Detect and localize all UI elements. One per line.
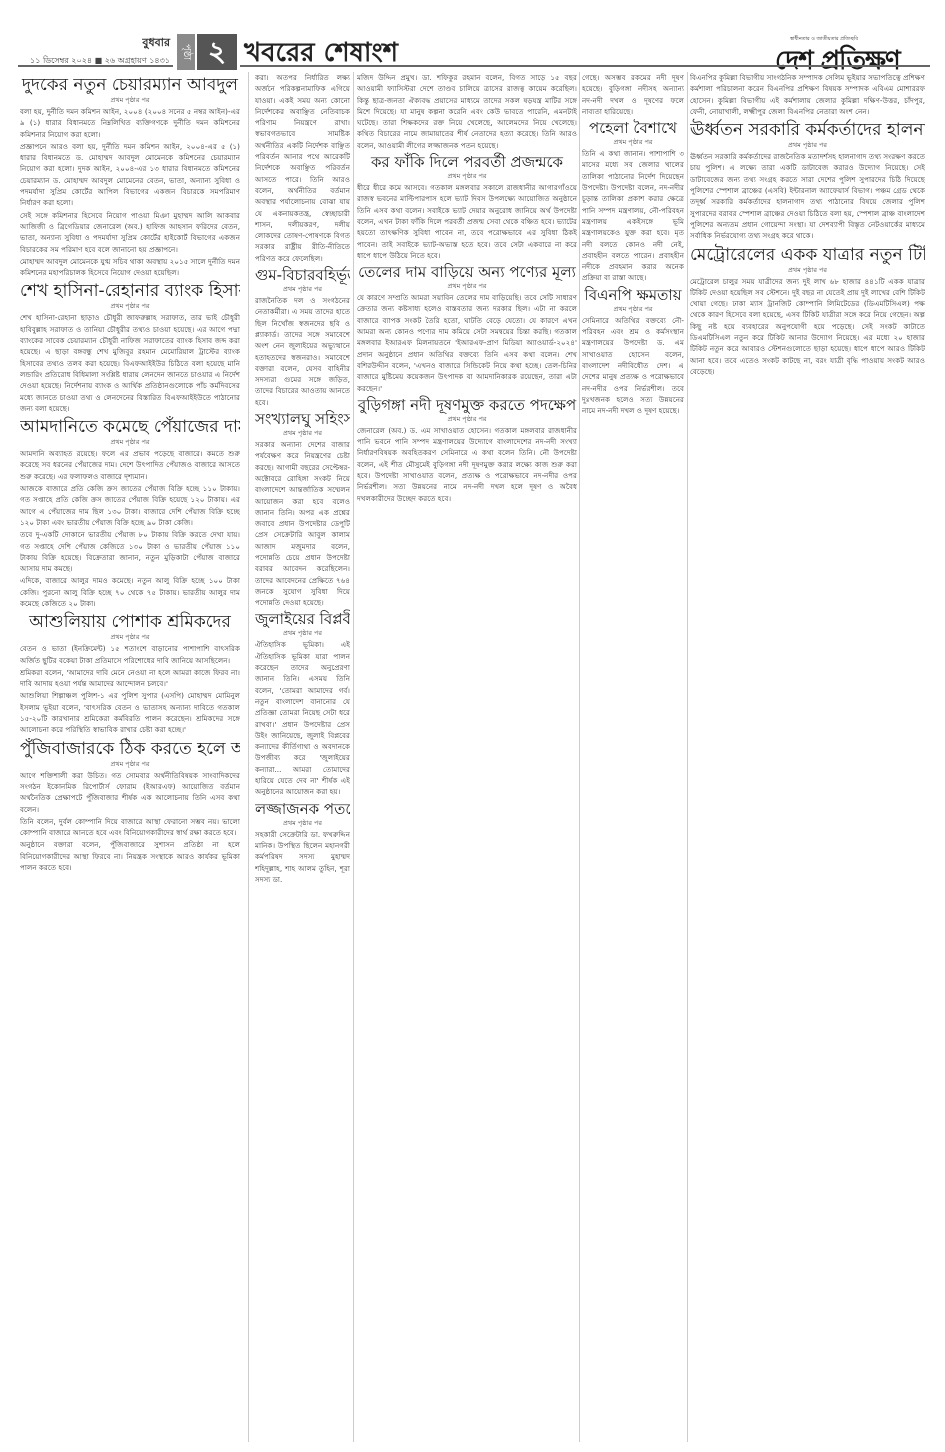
continued-label: প্রথম পৃষ্ঠার পর [690, 266, 925, 275]
story-paragraph: তিনি এ কথা জানান। পাশাপাশি ৩ মাসের মধ্যে… [582, 148, 684, 284]
story-onion-price: আমদানিতে কমেছে পেঁয়াজের দাম, নতুন প্রথম… [20, 416, 240, 609]
story-paragraph: তবে দু-একটি দোকানে ভারতীয় পেঁয়াজ ৮০ টা… [20, 529, 240, 574]
story-paragraph: এদিকে, বাজারে আলুর দামও কমেছে। নতুন আলু … [20, 575, 240, 609]
continued-label: প্রথম পৃষ্ঠার পর [582, 138, 684, 147]
story-dudok-chairman: দুদকের নতুন চেয়ারম্যান আবদুল প্রথম পৃষ্… [20, 74, 240, 278]
continued-label: প্রথম পৃষ্ঠার পর [357, 415, 577, 424]
continued-label: প্রথম পৃষ্ঠার পর [255, 285, 350, 294]
masthead: বুধবার ১১ ডিসেম্বর ২০২৪ ■ ২৬ অগ্রহায়ণ ১… [0, 0, 945, 70]
story-shameful-fall: লজ্জাজনক পতনের প্রথম পৃষ্ঠার পর সহকারী স… [255, 800, 350, 885]
story-continuation: বিএনপির কুমিল্লা বিভাগীয় সাংগঠনিক সম্পা… [690, 72, 925, 117]
story-headline: আমদানিতে কমেছে পেঁয়াজের দাম, নতুন [20, 416, 240, 438]
story-tax-evasion: কর ফাঁকি দিলে পরবর্তী প্রজন্মকে প্রথম পৃ… [357, 153, 577, 261]
section-title: খবরের শেষাংশ [244, 32, 398, 76]
continued-label: প্রথম পৃষ্ঠার পর [255, 429, 350, 438]
story-paragraph: রাজনৈতিক দল ও সংগঠনের নেতাকর্মীরা। এ সময… [255, 295, 350, 408]
continued-label: প্রথম পৃষ্ঠার পর [20, 438, 240, 447]
story-headline: কর ফাঁকি দিলে পরবর্তী প্রজন্মকে [357, 153, 577, 172]
page-label: পৃষ্ঠা [177, 34, 195, 70]
column-divider [579, 72, 580, 1442]
story-continuation: মজিদ উদ্দিন প্রমুখ। ডা. শফিকুর রহমান বলে… [357, 72, 577, 151]
column-1: দুদকের নতুন চেয়ারম্যান আবদুল প্রথম পৃষ্… [20, 72, 240, 1452]
story-metro-rail-ticket: মেট্রোরেলের একক যাত্রার নতুন টিকিট প্রথম… [690, 244, 925, 378]
story-enforced-disappearance: গুম-বিচারবহির্ভূত প্রথম পৃষ্ঠার পর রাজনৈ… [255, 266, 350, 408]
column-3: মজিদ উদ্দিন প্রমুখ। ডা. শফিকুর রহমান বলে… [357, 72, 577, 1452]
story-headline: শেখ হাসিনা-রেহানার ব্যাংক হিসাব [20, 280, 240, 302]
masthead-rule [660, 65, 930, 67]
story-headline: দুদকের নতুন চেয়ারম্যান আবদুল [20, 74, 240, 96]
story-paragraph: সেমিনারে অতিথির বক্তব্যে নৌ-পরিবহন এবং শ… [582, 315, 684, 417]
story-paragraph: শ্রমিকরা বলেন, 'আমাদের দাবি মেনে নেওয়া … [20, 667, 240, 690]
story-minority-violence: সংখ্যালঘু সহিংসতার প্রথম পৃষ্ঠার পর সরকা… [255, 410, 350, 608]
story-paragraph: সহকারী সেক্রেটারি ডা. ফখরুদ্দিন মানিক। উ… [255, 829, 350, 885]
column-4: গেছে। অসম্ভব রকমের নদী দূষণ হয়েছে। বুড়… [582, 72, 684, 1452]
masthead-rule [18, 65, 173, 67]
story-headline: আশুলিয়ায় পোশাক শ্রমিকদের [20, 611, 240, 633]
story-capital-market: পুঁজিবাজারকে ঠিক করতে হলে আগে প্রথম পৃষ্… [20, 738, 240, 874]
story-paragraph: প্রজ্ঞাপনে আরও বলা হয়, দুর্নীতি দমন কমি… [20, 141, 240, 209]
story-paragraph: আগে শক্তিশালী করা উচিত। গত সোমবার অর্থনী… [20, 770, 240, 815]
column-divider [687, 72, 688, 1442]
story-paragraph: জেনারেল (অব.) ড. এম সাখাওয়াত হোসেন। গতক… [357, 425, 577, 504]
story-headline: মেট্রোরেলের একক যাত্রার নতুন টিকিট [690, 244, 925, 266]
story-paragraph: বলা হয়, দুর্নীতি দমন কমিশন আইন, ২০০৪ (২… [20, 106, 240, 140]
story-headline: তেলের দাম বাড়িয়ে অন্য পণ্যের মূল্য [357, 263, 577, 282]
story-continuation: করা। অতপর নির্ধারিত লক্ষ্য অর্জনে পরিকল্… [255, 72, 350, 264]
continued-label: প্রথম পৃষ্ঠার পর [357, 282, 577, 291]
continued-label: প্রথম পৃষ্ঠার পর [255, 629, 350, 638]
story-buriganga-river: বুড়িগঙ্গা নদী দূষণমুক্ত করতে পদক্ষেপ প্… [357, 396, 577, 504]
story-headline: গুম-বিচারবহির্ভূত [255, 266, 350, 285]
continued-label: প্রথম পৃষ্ঠার পর [20, 633, 240, 642]
continued-label: প্রথম পৃষ্ঠার পর [255, 819, 350, 828]
story-headline: বিএনপি ক্ষমতায় [582, 286, 684, 305]
story-paragraph: ধীরে ধীরে কমে আসবে। গতকাল মঙ্গলবার সকালে… [357, 182, 577, 261]
story-headline: সংখ্যালঘু সহিংসতার [255, 410, 350, 429]
story-headline: পুঁজিবাজারকে ঠিক করতে হলে আগে [20, 738, 240, 760]
story-paragraph: বেতন ও ভাতা (ইনক্রিমেন্ট) ১৫ শতাংশে বাড়… [20, 643, 240, 666]
story-officials-data: ঊর্ধ্বতন সরকারি কর্মকর্তাদের হালনাগাদ প্… [690, 119, 925, 241]
story-bank-accounts: শেখ হাসিনা-রেহানার ব্যাংক হিসাব প্রথম পৃ… [20, 280, 240, 414]
story-headline: লজ্জাজনক পতনের [255, 800, 350, 819]
story-paragraph: শেখ হাসিনা-রেহানা ছাড়াও চৌধুরী জাফরুল্ল… [20, 312, 240, 414]
masthead-rule [240, 65, 660, 67]
continued-label: প্রথম পৃষ্ঠার পর [357, 172, 577, 181]
story-headline: পহেলা বৈশাখে [582, 119, 684, 138]
story-headline: ঊর্ধ্বতন সরকারি কর্মকর্তাদের হালনাগাদ [690, 119, 925, 141]
column-divider [248, 72, 249, 1442]
continued-label: প্রথম পৃষ্ঠার পর [690, 141, 925, 150]
column-5: বিএনপির কুমিল্লা বিভাগীয় সাংগঠনিক সম্পা… [690, 72, 925, 1452]
story-paragraph: অনুষ্ঠানে বক্তারা বলেন, পুঁজিবাজারে সুশা… [20, 839, 240, 873]
issue-date-block: বুধবার ১১ ডিসেম্বর ২০২৪ ■ ২৬ অগ্রহায়ণ ১… [20, 34, 170, 68]
continued-label: প্রথম পৃষ্ঠার পর [582, 305, 684, 314]
story-paragraph: আজকে বাজারে প্রতি কেজি ক্রস জাতের পেঁয়া… [20, 483, 240, 528]
continued-label: প্রথম পৃষ্ঠার পর [20, 760, 240, 769]
continued-label: প্রথম পৃষ্ঠার পর [20, 302, 240, 311]
story-paragraph: আমদানি অব্যাহত রয়েছে। ফলে এর প্রভাব পড়… [20, 448, 240, 482]
story-continuation: গেছে। অসম্ভব রকমের নদী দূষণ হয়েছে। বুড়… [582, 72, 684, 117]
story-garment-workers: আশুলিয়ায় পোশাক শ্রমিকদের প্রথম পৃষ্ঠার… [20, 611, 240, 735]
story-pohela-boishakh: পহেলা বৈশাখে প্রথম পৃষ্ঠার পর তিনি এ কথা… [582, 119, 684, 284]
story-headline: বুড়িগঙ্গা নদী দূষণমুক্ত করতে পদক্ষেপ [357, 396, 577, 415]
story-paragraph: ঐতিহাসিক ভূমিকা। এই ঐতিহাসিক ভূমিকা যারা… [255, 639, 350, 797]
story-paragraph: মেট্রোরেল চালুর সময় যাত্রীদের জন্য দুই … [690, 276, 925, 378]
story-headline: জুলাইয়ের বিপ্লবী [255, 610, 350, 629]
story-paragraph: সরকার অন্যান্য দেশের বাজার পর্যবেক্ষণ কর… [255, 439, 350, 608]
column-divider [353, 72, 354, 1442]
story-oil-price: তেলের দাম বাড়িয়ে অন্য পণ্যের মূল্য প্র… [357, 263, 577, 394]
story-paragraph: তিনি বলেন, দুর্বল কোম্পানি দিয়ে বাজারে … [20, 816, 240, 839]
story-july-revolutionary: জুলাইয়ের বিপ্লবী প্রথম পৃষ্ঠার পর ঐতিহা… [255, 610, 350, 797]
page-number: ২ [197, 34, 237, 70]
column-2: করা। অতপর নির্ধারিত লক্ষ্য অর্জনে পরিকল্… [255, 72, 350, 1452]
story-bnp-in-power: বিএনপি ক্ষমতায় প্রথম পৃষ্ঠার পর সেমিনার… [582, 286, 684, 417]
story-paragraph: আশুলিয়া শিল্পাঞ্চল পুলিশ-১ এর পুলিশ সুপ… [20, 690, 240, 735]
story-paragraph: যে কারণে সম্প্রতি আমরা সয়াবিন তেলের দাম… [357, 292, 577, 394]
story-paragraph: মোহাম্মদ আবদুল মোমেনকে যুগ্ম সচিব থাকা অ… [20, 256, 240, 279]
story-paragraph: সেই সঙ্গে কমিশনার হিসেবে নিয়োগ পাওয়া ম… [20, 210, 240, 255]
story-paragraph: ঊর্ধ্বতন সরকারি কর্মকর্তাদের রাজনৈতিক মত… [690, 151, 925, 241]
continued-label: প্রথম পৃষ্ঠার পর [20, 96, 240, 105]
issue-day: বুধবার [20, 34, 170, 53]
